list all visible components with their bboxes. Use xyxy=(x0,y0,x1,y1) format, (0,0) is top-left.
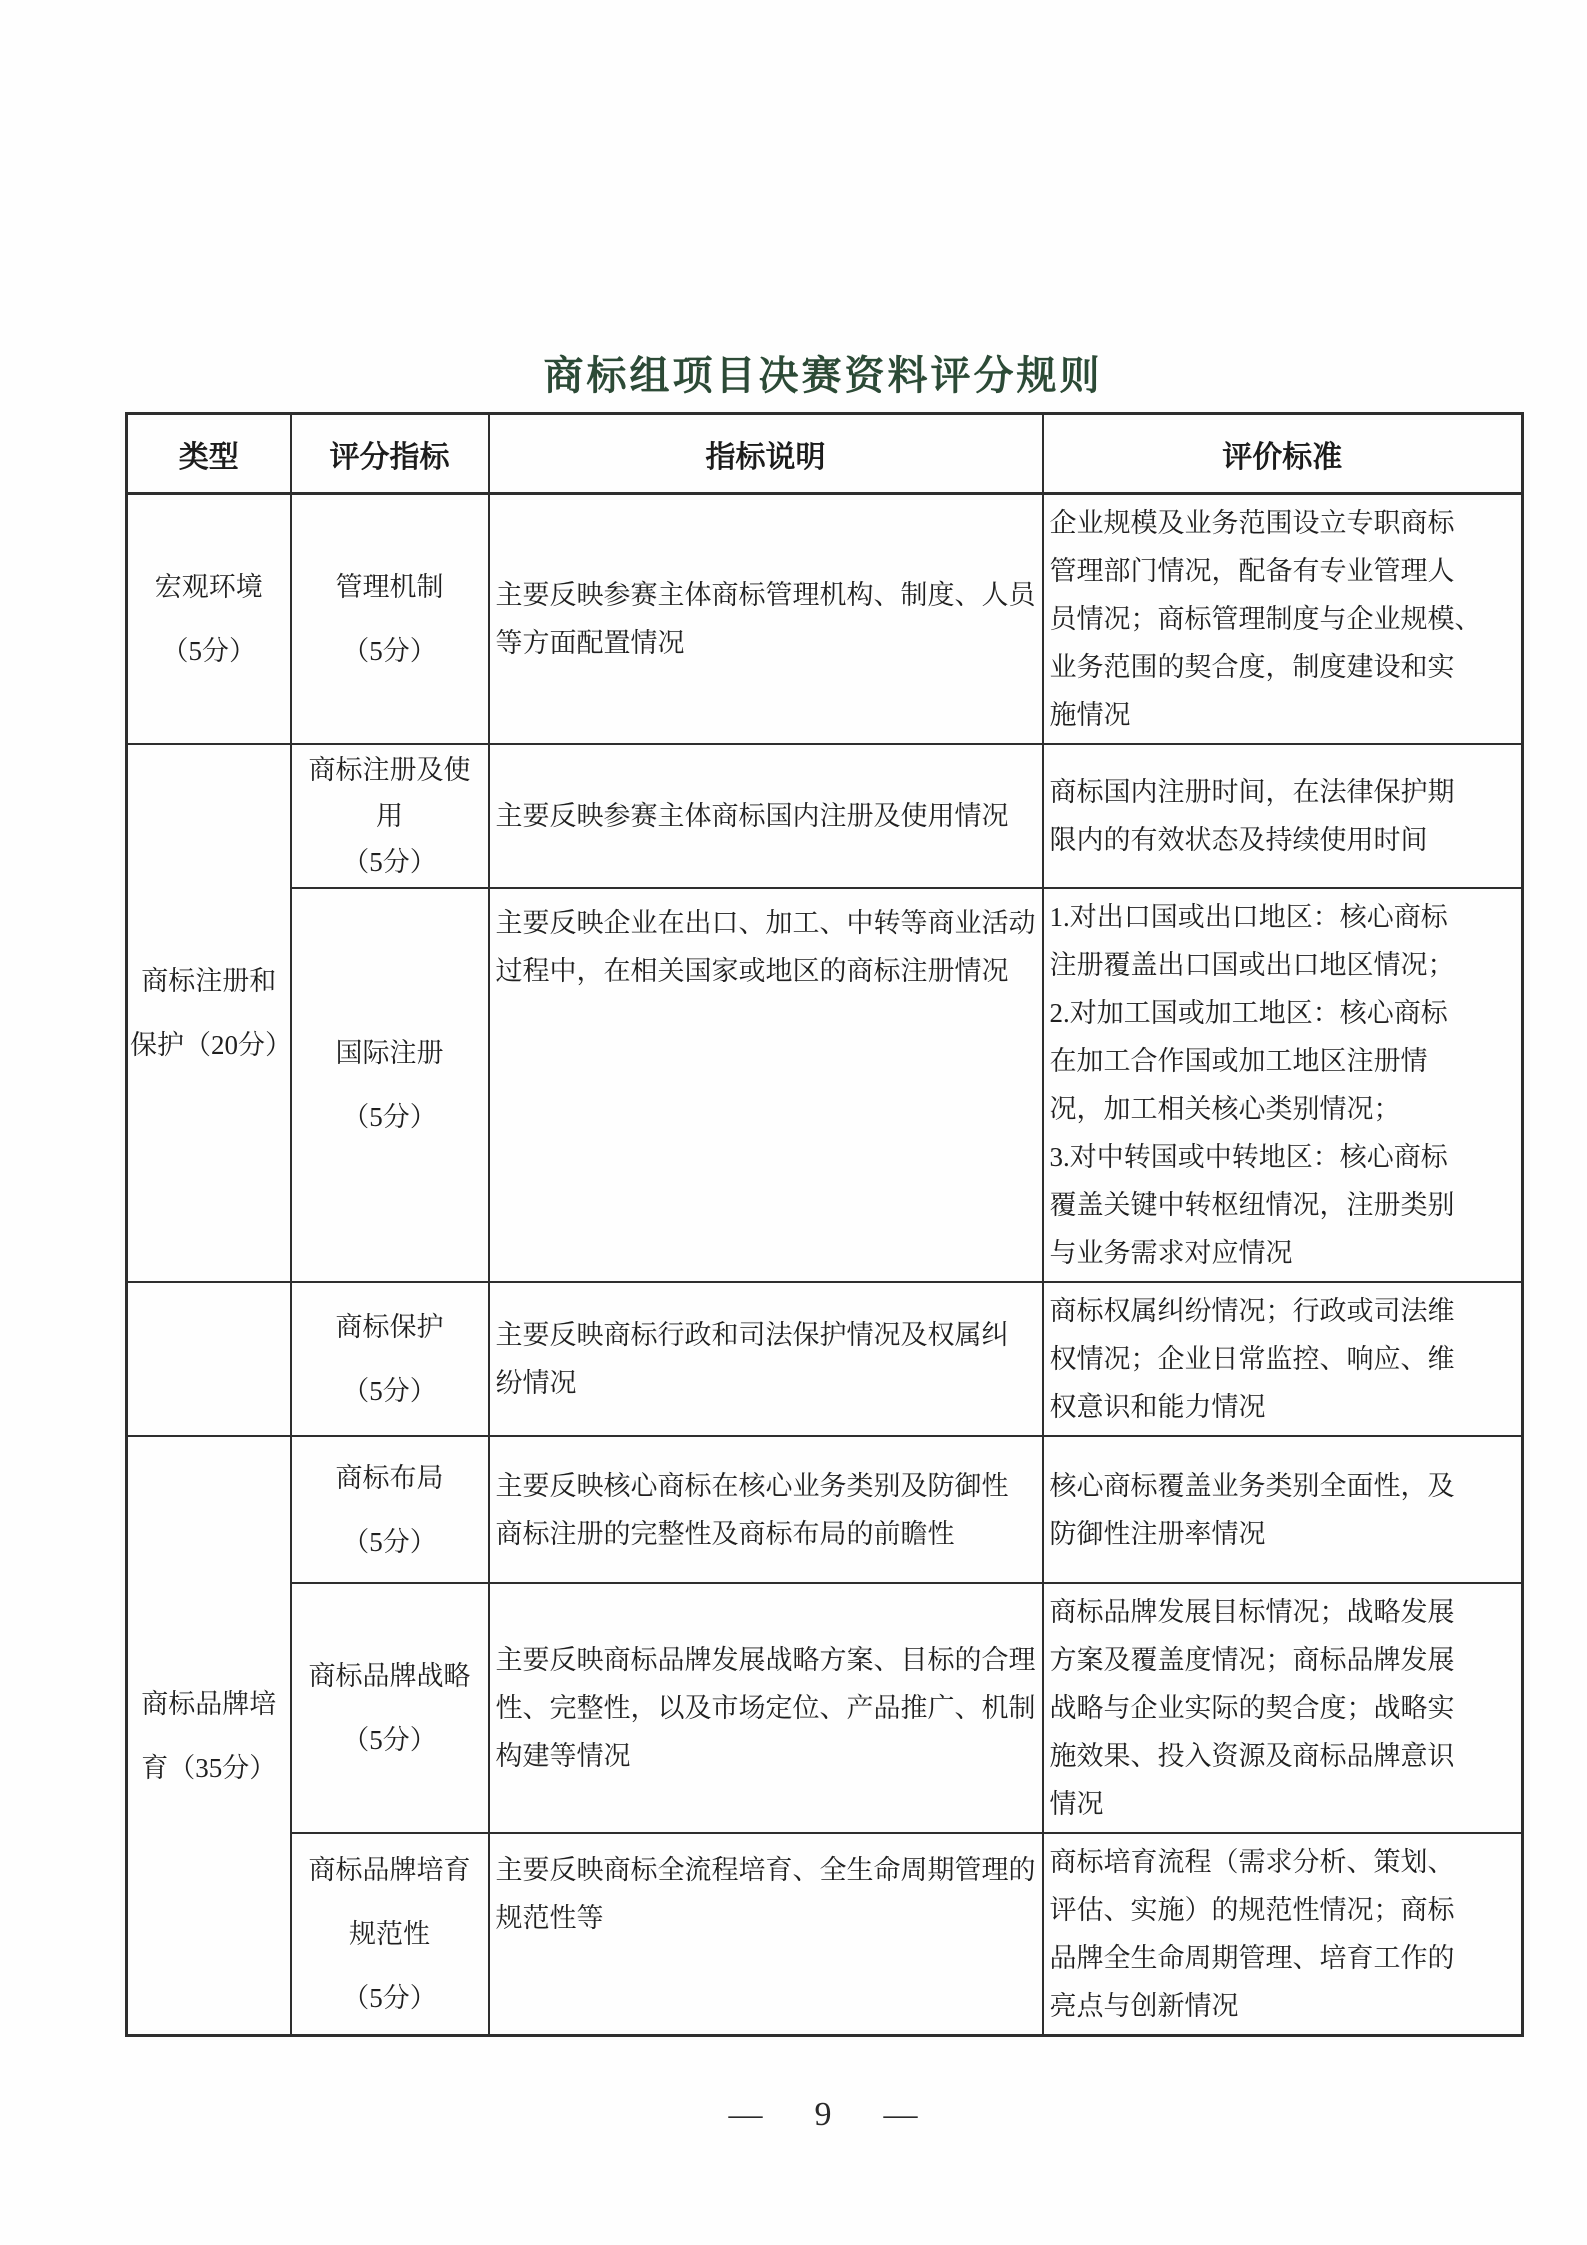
footer-dash-right: — xyxy=(884,2096,918,2133)
cell-indicator: 商标品牌培育 规范性 （5分） xyxy=(291,1833,489,2036)
type-group-registration-protection: 商标注册和 保护（20分） xyxy=(127,744,291,1282)
table-row: 商标注册和 保护（20分） 商标注册及使 用 （5分） 主要反映参赛主体商标国内… xyxy=(127,744,1523,888)
cell-indicator: 商标保护 （5分） xyxy=(291,1282,489,1436)
scoring-rules-table: 类型 评分指标 指标说明 评价标准 宏观环境 （5分） 管理机制 （5分） 主要… xyxy=(125,412,1524,2037)
document-content: 商标组项目决赛资料评分规则 类型 评分指标 指标说明 评价标准 宏观环境 （5分… xyxy=(125,0,1521,2037)
type-group-macro-environment: 宏观环境 （5分） xyxy=(127,494,291,745)
cell-indicator: 商标品牌战略 （5分） xyxy=(291,1583,489,1833)
cell-criteria: 核心商标覆盖业务类别全面性，及 防御性注册率情况 xyxy=(1043,1436,1523,1583)
cell-criteria: 1.对出口国或出口地区：核心商标 注册覆盖出口国或出口地区情况； 2.对加工国或… xyxy=(1043,888,1523,1282)
cell-criteria: 企业规模及业务范围设立专职商标 管理部门情况，配备有专业管理人 员情况；商标管理… xyxy=(1043,494,1523,745)
header-description: 指标说明 xyxy=(489,414,1043,494)
page-title: 商标组项目决赛资料评分规则 xyxy=(125,352,1521,400)
table-row: 商标品牌培育 规范性 （5分） 主要反映商标全流程培育、全生命周期管理的 规范性… xyxy=(127,1833,1523,2036)
cell-description: 主要反映商标全流程培育、全生命周期管理的 规范性等 xyxy=(489,1833,1043,2036)
cell-description: 主要反映核心商标在核心业务类别及防御性 商标注册的完整性及商标布局的前瞻性 xyxy=(489,1436,1043,1583)
cell-description: 主要反映商标行政和司法保护情况及权属纠 纷情况 xyxy=(489,1282,1043,1436)
header-type: 类型 xyxy=(127,414,291,494)
type-group-empty xyxy=(127,1282,291,1436)
table-row: 商标保护 （5分） 主要反映商标行政和司法保护情况及权属纠 纷情况 商标权属纠纷… xyxy=(127,1282,1523,1436)
cell-indicator: 商标布局 （5分） xyxy=(291,1436,489,1583)
type-group-brand-cultivation: 商标品牌培 育（35分） xyxy=(127,1436,291,2036)
cell-indicator: 商标注册及使 用 （5分） xyxy=(291,744,489,888)
cell-criteria: 商标品牌发展目标情况；战略发展 方案及覆盖度情况；商标品牌发展 战略与企业实际的… xyxy=(1043,1583,1523,1833)
cell-description: 主要反映商标品牌发展战略方案、目标的合理 性、完整性，以及市场定位、产品推广、机… xyxy=(489,1583,1043,1833)
header-row: 类型 评分指标 指标说明 评价标准 xyxy=(127,414,1523,494)
table-row: 商标品牌培 育（35分） 商标布局 （5分） 主要反映核心商标在核心业务类别及防… xyxy=(127,1436,1523,1583)
header-indicator: 评分指标 xyxy=(291,414,489,494)
page-footer: —9— xyxy=(125,2096,1521,2134)
table-row: 国际注册 （5分） 主要反映企业在出口、加工、中转等商业活动 过程中，在相关国家… xyxy=(127,888,1523,1282)
cell-criteria: 商标权属纠纷情况；行政或司法维 权情况；企业日常监控、响应、维 权意识和能力情况 xyxy=(1043,1282,1523,1436)
cell-description: 主要反映参赛主体商标国内注册及使用情况 xyxy=(489,744,1043,888)
table-row: 商标品牌战略 （5分） 主要反映商标品牌发展战略方案、目标的合理 性、完整性，以… xyxy=(127,1583,1523,1833)
table-row: 宏观环境 （5分） 管理机制 （5分） 主要反映参赛主体商标管理机构、制度、人员… xyxy=(127,494,1523,745)
cell-description: 主要反映企业在出口、加工、中转等商业活动 过程中，在相关国家或地区的商标注册情况 xyxy=(489,888,1043,1282)
header-criteria: 评价标准 xyxy=(1043,414,1523,494)
cell-description: 主要反映参赛主体商标管理机构、制度、人员 等方面配置情况 xyxy=(489,494,1043,745)
cell-criteria: 商标国内注册时间，在法律保护期 限内的有效状态及持续使用时间 xyxy=(1043,744,1523,888)
cell-indicator: 国际注册 （5分） xyxy=(291,888,489,1282)
cell-criteria: 商标培育流程（需求分析、策划、 评估、实施）的规范性情况；商标 品牌全生命周期管… xyxy=(1043,1833,1523,2036)
cell-indicator: 管理机制 （5分） xyxy=(291,494,489,745)
page-number: 9 xyxy=(815,2096,832,2133)
footer-dash-left: — xyxy=(729,2096,763,2133)
document-page: 商标组项目决赛资料评分规则 类型 评分指标 指标说明 评价标准 宏观环境 （5分… xyxy=(0,0,1587,2245)
